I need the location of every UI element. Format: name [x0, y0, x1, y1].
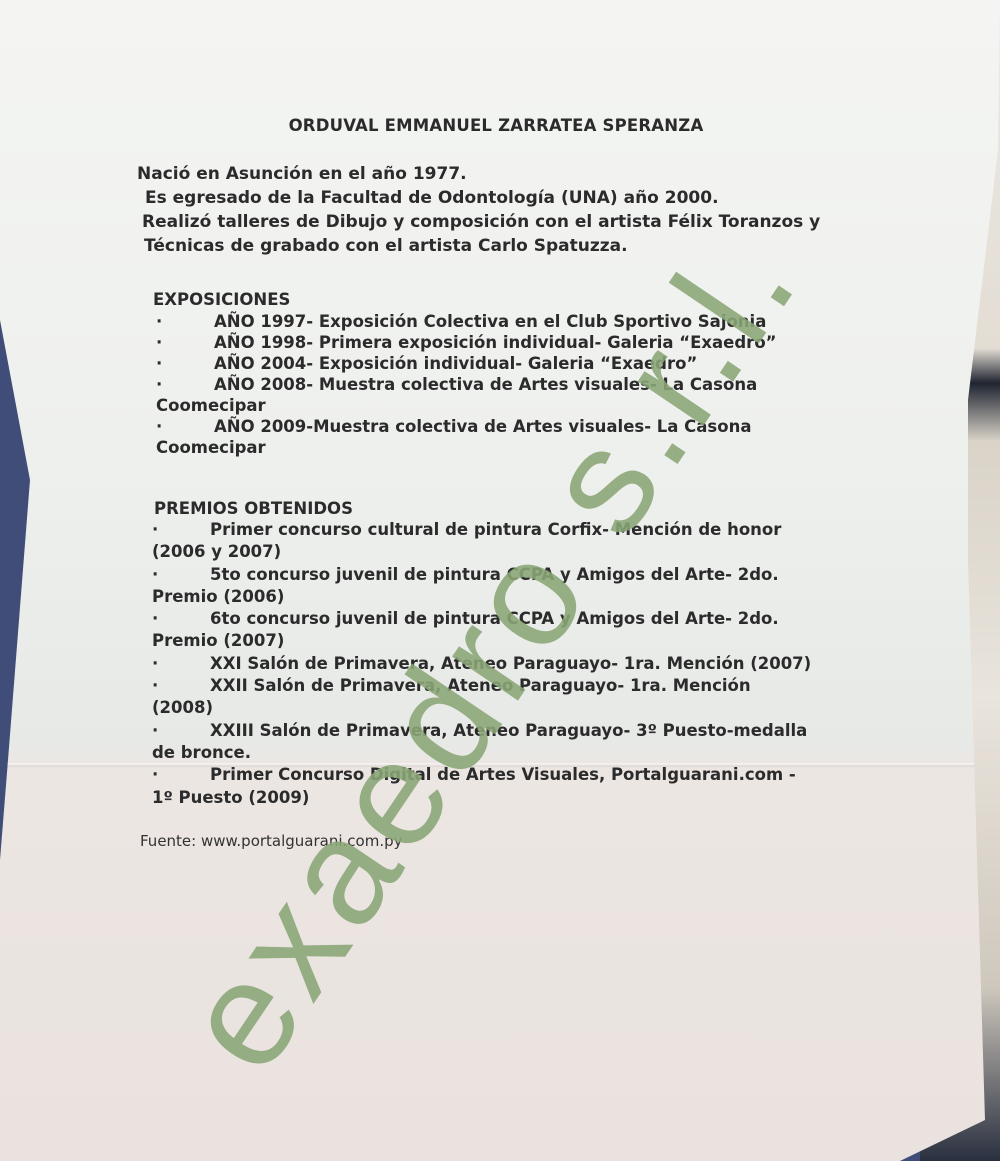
- list-item: ·XXI Salón de Primavera, Ateneo Paraguay…: [148, 653, 811, 675]
- list-item-continuation: de bronce.: [148, 742, 811, 764]
- list-item: ·AÑO 1997- Exposición Colectiva en el Cl…: [152, 311, 777, 332]
- list-item-text: XXII Salón de Primavera, Ateneo Paraguay…: [210, 676, 751, 695]
- list-item-text: AÑO 1997- Exposición Colectiva en el Clu…: [214, 312, 766, 331]
- list-item-continuation: 1º Puesto (2009): [148, 787, 811, 809]
- bullet-icon: ·: [152, 416, 214, 437]
- list-item-text: XXIII Salón de Primavera, Ateneo Paragua…: [210, 721, 807, 740]
- title-text: ORDUVAL EMMANUEL ZARRATEA SPERANZA: [289, 116, 704, 135]
- bullet-icon: ·: [152, 374, 214, 395]
- exposiciones-heading: EXPOSICIONES: [153, 290, 290, 309]
- list-item: ·AÑO 2004- Exposición individual- Galeri…: [152, 353, 777, 374]
- list-item-text: Primer concurso cultural de pintura Corf…: [210, 520, 781, 539]
- premios-list: ·Primer concurso cultural de pintura Cor…: [148, 519, 811, 809]
- bullet-icon: ·: [152, 311, 214, 332]
- exposiciones-list: ·AÑO 1997- Exposición Colectiva en el Cl…: [152, 311, 777, 458]
- list-item-continuation: (2008): [148, 697, 811, 719]
- bullet-icon: ·: [148, 608, 210, 630]
- list-item: ·6to concurso juvenil de pintura CCPA y …: [148, 608, 811, 653]
- list-item-text: AÑO 2004- Exposición individual- Galeria…: [214, 354, 697, 373]
- list-item-text: AÑO 2009-Muestra colectiva de Artes visu…: [214, 417, 751, 436]
- list-item-text: Primer Concurso Digital de Artes Visuale…: [210, 765, 796, 784]
- list-item-text: XXI Salón de Primavera, Ateneo Paraguayo…: [210, 654, 811, 673]
- intro-line: Realizó talleres de Dibujo y composición…: [137, 210, 820, 234]
- list-item-text: 6to concurso juvenil de pintura CCPA y A…: [210, 609, 779, 628]
- list-item-text: AÑO 2008- Muestra colectiva de Artes vis…: [214, 375, 757, 394]
- bullet-icon: ·: [148, 564, 210, 586]
- list-item: ·Primer Concurso Digital de Artes Visual…: [148, 764, 811, 809]
- list-item-continuation: (2006 y 2007): [148, 541, 811, 563]
- list-item-continuation: Premio (2007): [148, 630, 811, 652]
- intro-line: Nació en Asunción en el año 1977.: [137, 162, 820, 186]
- bullet-icon: ·: [148, 764, 210, 786]
- intro-paragraph: Nació en Asunción en el año 1977. Es egr…: [137, 162, 820, 258]
- list-item: ·Primer concurso cultural de pintura Cor…: [148, 519, 811, 564]
- list-item-text: 5to concurso juvenil de pintura CCPA y A…: [210, 565, 779, 584]
- bullet-icon: ·: [148, 675, 210, 697]
- document: ORDUVAL EMMANUEL ZARRATEA SPERANZA Nació…: [0, 0, 1000, 1161]
- list-item: ·5to concurso juvenil de pintura CCPA y …: [148, 564, 811, 609]
- bullet-icon: ·: [148, 720, 210, 742]
- bullet-icon: ·: [152, 353, 214, 374]
- bullet-icon: ·: [148, 653, 210, 675]
- intro-line: Técnicas de grabado con el artista Carlo…: [137, 234, 820, 258]
- bullet-icon: ·: [152, 332, 214, 353]
- list-item: ·AÑO 2009-Muestra colectiva de Artes vis…: [152, 416, 777, 458]
- list-item: ·AÑO 1998- Primera exposición individual…: [152, 332, 777, 353]
- list-item-continuation: Coomecipar: [152, 395, 777, 416]
- list-item: ·AÑO 2008- Muestra colectiva de Artes vi…: [152, 374, 777, 416]
- list-item: ·XXIII Salón de Primavera, Ateneo Paragu…: [148, 720, 811, 765]
- list-item-text: AÑO 1998- Primera exposición individual-…: [214, 333, 777, 352]
- list-item-continuation: Coomecipar: [152, 437, 777, 458]
- intro-line: Es egresado de la Facultad de Odontologí…: [137, 186, 820, 210]
- list-item-continuation: Premio (2006): [148, 586, 811, 608]
- source-note: Fuente: www.portalguarani.com.py: [140, 832, 403, 850]
- premios-heading: PREMIOS OBTENIDOS: [154, 499, 353, 518]
- document-title: ORDUVAL EMMANUEL ZARRATEA SPERANZA: [0, 116, 1000, 135]
- bullet-icon: ·: [148, 519, 210, 541]
- list-item: ·XXII Salón de Primavera, Ateneo Paragua…: [148, 675, 811, 720]
